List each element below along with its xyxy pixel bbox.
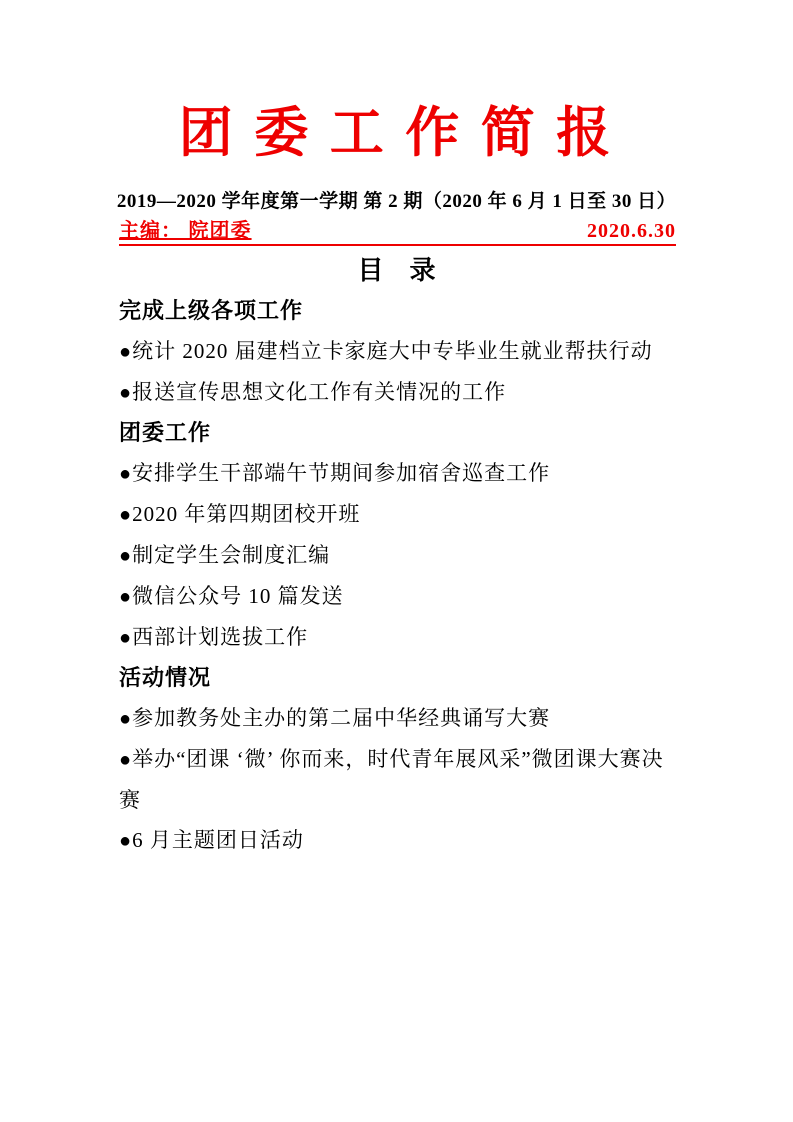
issue-date: 2020.6.30 [587,220,676,243]
toc-item-text: 6 月主题团日活动 [132,828,304,852]
toc-item-text: 西部计划选拔工作 [132,625,308,649]
section-heading-superior-work: 完成上级各项工作 [119,291,676,331]
toc-item: ●微信公众号 10 篇发送 [119,576,676,617]
toc-item: ●6 月主题团日活动 [119,820,676,861]
toc-item: ●参加教务处主办的第二届中华经典诵写大赛 [119,698,676,739]
toc-title: 目 录 [0,252,793,288]
toc-item: ●举办“团课 ‘微’ 你而来，时代青年展风采”微团课大赛决赛 [119,739,676,820]
editor-date-row: 主编： 院团委 2020.6.30 [119,216,676,246]
section-heading-committee-work: 团委工作 [119,413,676,453]
issue-line: 2019—2020 学年度第一学期 第 2 期（2020 年 6 月 1 日至 … [0,186,793,213]
bullet-icon: ● [119,463,132,485]
toc-item: ●制定学生会制度汇编 [119,535,676,576]
toc-item: ●报送宣传思想文化工作有关情况的工作 [119,372,676,413]
bullet-icon: ● [119,382,132,404]
toc-item: ●安排学生干部端午节期间参加宿舍巡查工作 [119,453,676,494]
bullet-icon: ● [119,708,132,730]
toc-item: ●2020 年第四期团校开班 [119,494,676,535]
section-heading-activities: 活动情况 [119,658,676,698]
toc-item: ●统计 2020 届建档立卡家庭大中专毕业生就业帮扶行动 [119,331,676,372]
document-title: 团 委 工 作 简 报 [0,96,793,170]
toc-item-text: 举办“团课 ‘微’ 你而来，时代青年展风采”微团课大赛决赛 [119,747,664,812]
bullet-icon: ● [119,627,132,649]
toc-item-text: 2020 年第四期团校开班 [132,502,360,526]
bullet-icon: ● [119,830,132,852]
bullet-icon: ● [119,749,132,771]
bullet-icon: ● [119,341,132,363]
bulletin-page: 团 委 工 作 简 报 2019—2020 学年度第一学期 第 2 期（2020… [0,0,793,1122]
editor-label: 主编： 院团委 [119,214,252,243]
toc-list: 完成上级各项工作 ●统计 2020 届建档立卡家庭大中专毕业生就业帮扶行动 ●报… [119,291,676,861]
bullet-icon: ● [119,586,132,608]
toc-item-text: 报送宣传思想文化工作有关情况的工作 [132,380,506,404]
toc-item-text: 制定学生会制度汇编 [132,543,330,567]
toc-item: ●西部计划选拔工作 [119,617,676,658]
toc-item-text: 微信公众号 10 篇发送 [132,584,344,608]
toc-item-text: 参加教务处主办的第二届中华经典诵写大赛 [132,706,550,730]
toc-item-text: 安排学生干部端午节期间参加宿舍巡查工作 [132,461,550,485]
bullet-icon: ● [119,545,132,567]
bullet-icon: ● [119,504,132,526]
toc-item-text: 统计 2020 届建档立卡家庭大中专毕业生就业帮扶行动 [132,339,653,363]
